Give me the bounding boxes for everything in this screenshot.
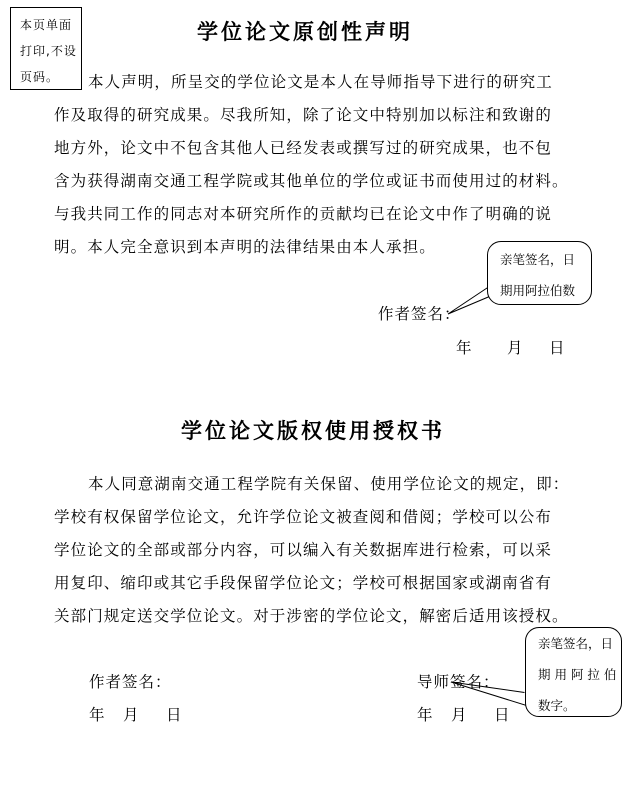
- signature-hint-callout: 亲笔签名，日 期 用 阿 拉 伯 数字。: [525, 627, 622, 717]
- author-date-day-label: 日: [166, 703, 183, 725]
- advisor-date-month-label: 月: [451, 703, 468, 725]
- paragraph-line: 本人同意湖南交通工程学院有关保留、使用学位论文的规定，即：: [88, 474, 569, 494]
- paragraph-line: 学校有权保留学位论文，允许学位论文被查阅和借阅；学校可以公布: [54, 507, 552, 527]
- callout-line: 数字。: [538, 690, 621, 721]
- date-year-label: 年: [456, 336, 473, 358]
- date-month-label: 月: [507, 336, 524, 358]
- callout-line: 亲笔签名，日: [500, 244, 591, 275]
- advisor-date-year-label: 年: [417, 703, 434, 725]
- paragraph-line: 学位论文的全部或部分内容，可以编入有关数据库进行检索，可以采: [54, 540, 552, 560]
- author-signature-label: 作者签名：: [378, 302, 461, 324]
- author-signature-label: 作者签名：: [89, 670, 172, 692]
- author-date-month-label: 月: [123, 703, 140, 725]
- author-date-year-label: 年: [89, 703, 106, 725]
- advisor-signature-label: 导师签名：: [417, 670, 500, 692]
- authorization-title: 学位论文版权使用授权书: [181, 415, 445, 445]
- callout-line: 期 用 阿 拉 伯: [538, 659, 621, 690]
- date-day-label: 日: [549, 336, 566, 358]
- callout-line: 亲笔签名，日: [538, 628, 621, 659]
- callout-line: 期用阿拉伯数: [500, 275, 591, 306]
- advisor-date-day-label: 日: [494, 703, 511, 725]
- paragraph-line: 关部门规定送交学位论文。对于涉密的学位论文，解密后适用该授权。: [54, 606, 569, 626]
- paragraph-line: 用复印、缩印或其它手段保留学位论文；学校可根据国家或湖南省有: [54, 573, 552, 593]
- signature-hint-callout: 亲笔签名，日 期用阿拉伯数: [487, 241, 592, 305]
